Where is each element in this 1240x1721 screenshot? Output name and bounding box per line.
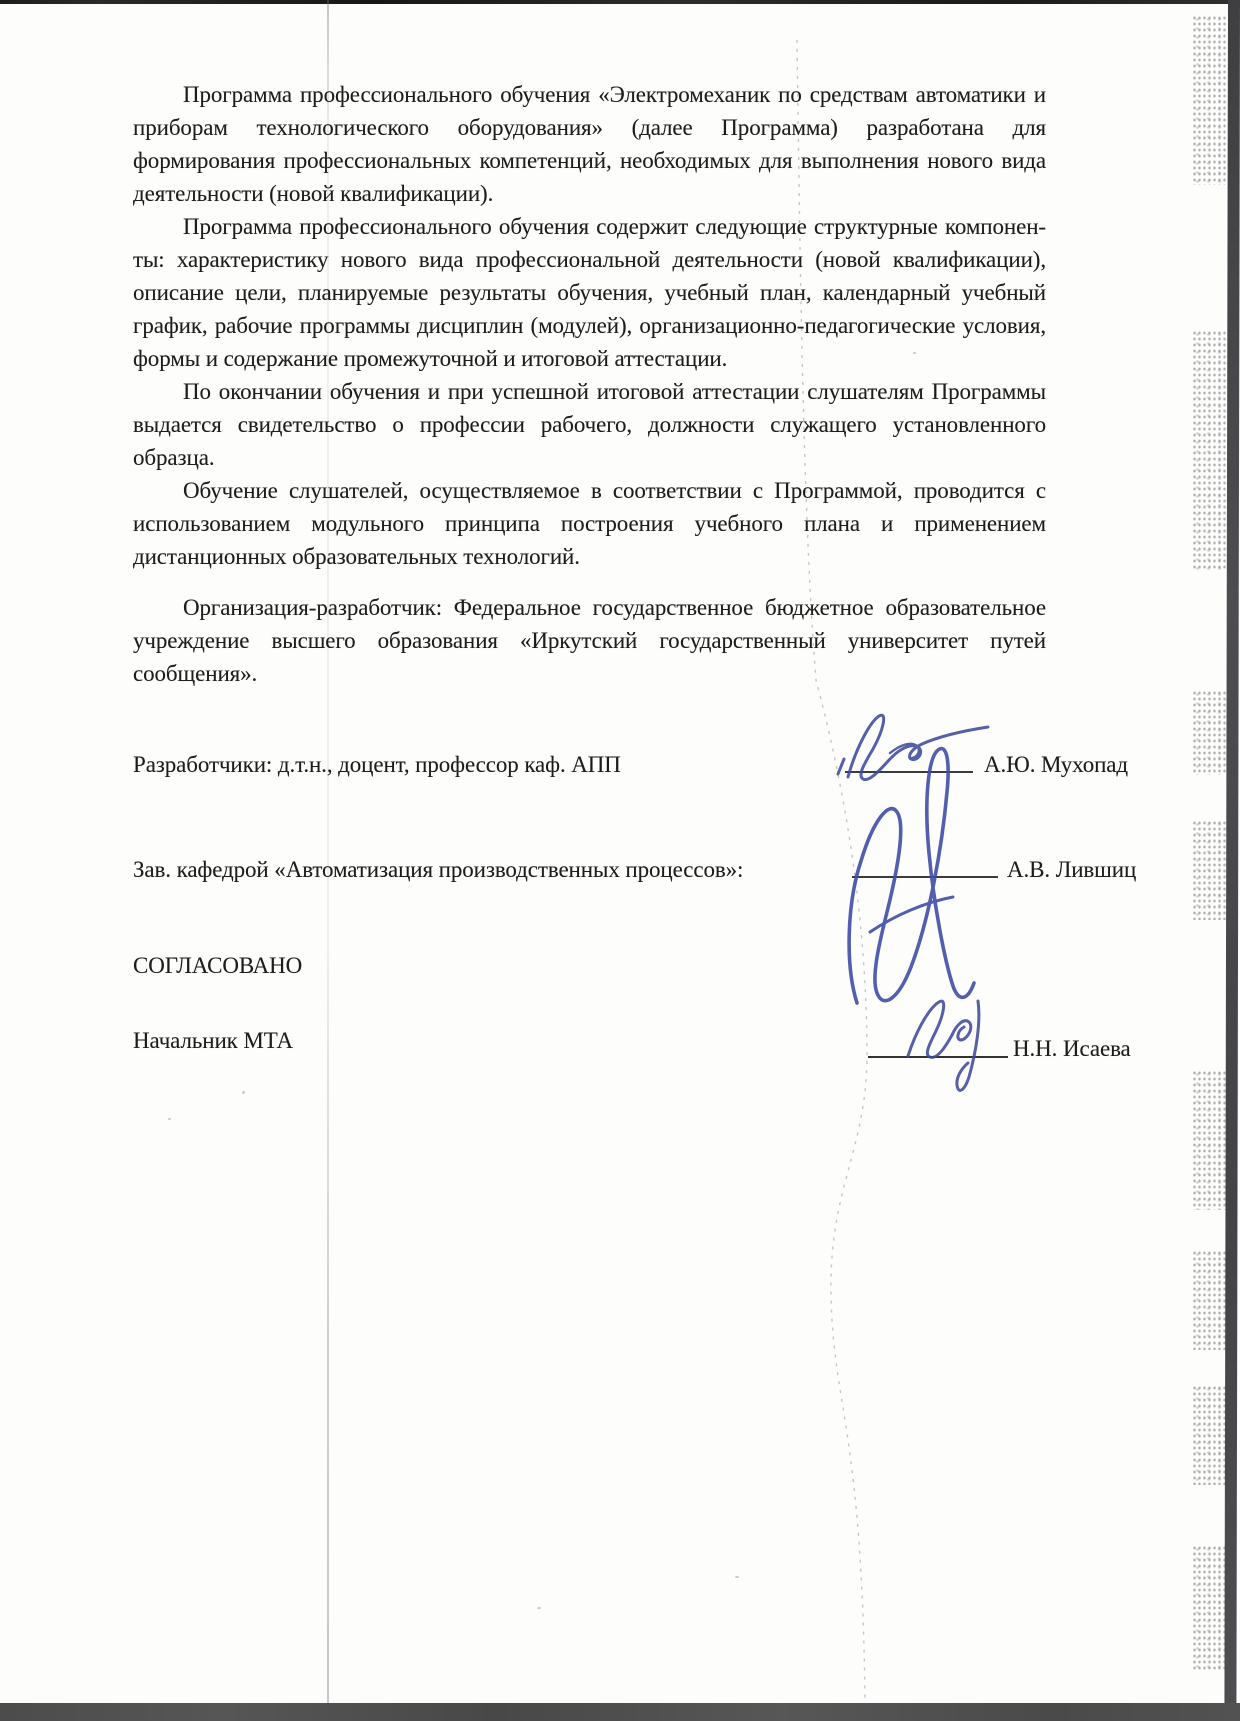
scan-speck	[913, 352, 916, 354]
scan-noise-patch	[1192, 820, 1230, 920]
scan-noise-patch	[1192, 15, 1230, 185]
signature-mukhopad	[838, 715, 988, 779]
scan-noise-patch	[1192, 690, 1230, 775]
scanned-document-page: Программа профессионального обучения «Эл…	[0, 0, 1240, 1721]
scan-noise-patch	[1192, 330, 1230, 570]
scan-speck	[735, 1576, 739, 1578]
signature-livshits	[849, 749, 974, 1003]
scan-speck	[242, 1091, 245, 1094]
scan-bottom-edge	[0, 1703, 1240, 1721]
handwritten-signatures-layer	[0, 0, 1240, 1721]
scan-speck	[537, 1607, 541, 1609]
scan-noise-patch	[1192, 1070, 1230, 1210]
scan-speck	[168, 1118, 171, 1120]
signature-isaeva	[908, 1001, 979, 1090]
